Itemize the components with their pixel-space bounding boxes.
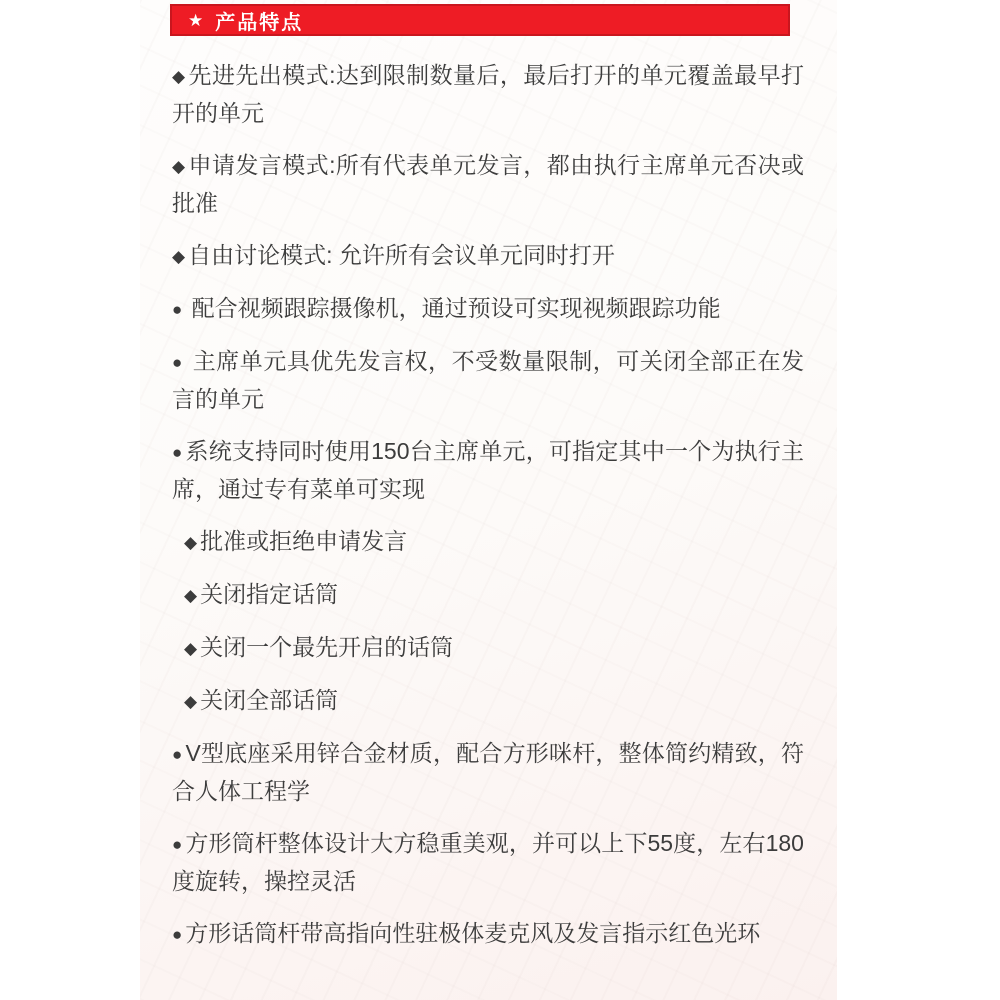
feature-item: ●系统支持同时使用150台主席单元，可指定其中一个为执行主席，通过专有菜单可实现 xyxy=(172,433,804,508)
feature-item: ◆关闭指定话筒 xyxy=(172,576,804,614)
feature-item: ●方形话筒杆带高指向性驻极体麦克风及发言指示红色光环 xyxy=(172,915,804,953)
page: ★ 产品特点 ◆先进先出模式:达到限制数量后，最后打开的单元覆盖最早打开的单元 … xyxy=(0,0,1000,1000)
bullet-icon: ◆ xyxy=(172,157,186,176)
feature-text: 系统支持同时使用150台主席单元，可指定其中一个为执行主席，通过专有菜单可实现 xyxy=(172,438,804,502)
feature-item: ◆关闭一个最先开启的话筒 xyxy=(172,629,804,667)
feature-text: 关闭指定话筒 xyxy=(200,581,338,607)
feature-item: ◆自由讨论模式: 允许所有会议单元同时打开 xyxy=(172,237,804,275)
feature-item: ● 主席单元具优先发言权，不受数量限制，可关闭全部正在发言的单元 xyxy=(172,343,804,418)
section-title: 产品特点 xyxy=(215,6,303,35)
feature-text: 关闭全部话筒 xyxy=(200,687,338,713)
star-icon: ★ xyxy=(188,12,203,29)
feature-item: ●方形筒杆整体设计大方稳重美观，并可以上下55度，左右180度旋转，操控灵活 xyxy=(172,825,804,900)
feature-text: 方形话筒杆带高指向性驻极体麦克风及发言指示红色光环 xyxy=(185,920,760,946)
bullet-icon: ● xyxy=(172,353,183,372)
feature-text: 配合视频跟踪摄像机，通过预设可实现视频跟踪功能 xyxy=(185,295,720,321)
feature-item: ◆关闭全部话筒 xyxy=(172,682,804,720)
feature-text: 主席单元具优先发言权，不受数量限制，可关闭全部正在发言的单元 xyxy=(172,348,804,412)
bullet-icon: ● xyxy=(172,925,182,944)
feature-text: 方形筒杆整体设计大方稳重美观，并可以上下55度，左右180度旋转，操控灵活 xyxy=(172,830,804,894)
bullet-icon: ◆ xyxy=(172,67,186,86)
feature-item: ◆申请发言模式:所有代表单元发言，都由执行主席单元否决或批准 xyxy=(172,147,804,222)
feature-text: 自由讨论模式: 允许所有会议单元同时打开 xyxy=(188,242,615,268)
feature-list: ◆先进先出模式:达到限制数量后，最后打开的单元覆盖最早打开的单元 ◆申请发言模式… xyxy=(172,57,804,968)
feature-item: ●V型底座采用锌合金材质，配合方形咪杆，整体简约精致，符合人体工程学 xyxy=(172,735,804,810)
feature-text: 申请发言模式:所有代表单元发言，都由执行主席单元否决或批准 xyxy=(172,152,804,216)
bullet-icon: ● xyxy=(172,443,182,462)
feature-item: ◆先进先出模式:达到限制数量后，最后打开的单元覆盖最早打开的单元 xyxy=(172,57,804,132)
feature-text: V型底座采用锌合金材质，配合方形咪杆，整体简约精致，符合人体工程学 xyxy=(172,740,804,804)
bullet-icon: ● xyxy=(172,300,182,319)
feature-item: ● 配合视频跟踪摄像机，通过预设可实现视频跟踪功能 xyxy=(172,290,804,328)
bullet-icon: ◆ xyxy=(184,692,197,711)
bullet-icon: ● xyxy=(172,745,182,764)
feature-text: 关闭一个最先开启的话筒 xyxy=(200,634,453,660)
bullet-icon: ◆ xyxy=(172,247,185,266)
bullet-icon: ◆ xyxy=(184,586,197,605)
section-header: ★ 产品特点 xyxy=(170,4,790,36)
product-features-panel: ★ 产品特点 ◆先进先出模式:达到限制数量后，最后打开的单元覆盖最早打开的单元 … xyxy=(140,0,837,1000)
bullet-icon: ● xyxy=(172,835,182,854)
feature-item: ◆批准或拒绝申请发言 xyxy=(172,523,804,561)
feature-text: 批准或拒绝申请发言 xyxy=(200,528,407,554)
bullet-icon: ◆ xyxy=(184,639,197,658)
feature-text: 先进先出模式:达到限制数量后，最后打开的单元覆盖最早打开的单元 xyxy=(172,62,804,126)
bullet-icon: ◆ xyxy=(184,533,197,552)
